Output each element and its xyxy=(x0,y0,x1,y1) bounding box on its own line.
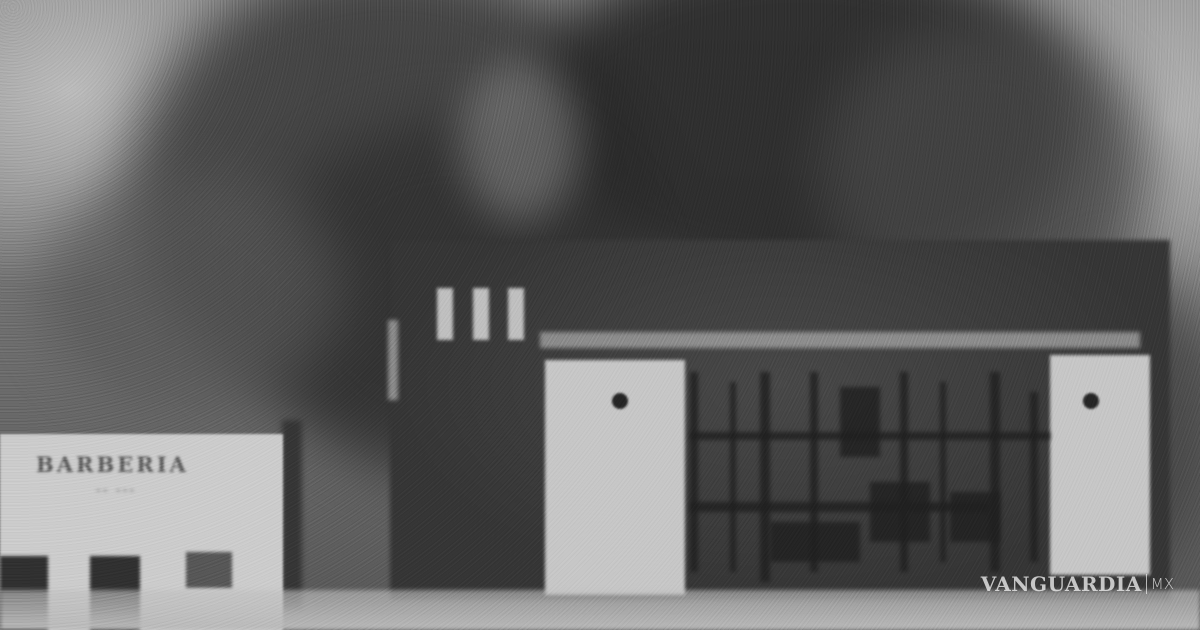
charred-beam xyxy=(760,372,770,582)
charred-beam xyxy=(870,482,930,542)
facade-panel-right xyxy=(1050,355,1150,575)
facade-ornament xyxy=(612,393,628,409)
charred-beam xyxy=(900,372,908,572)
watermark-tld: MX xyxy=(1151,575,1174,593)
charred-facade-frame xyxy=(690,372,1050,582)
charred-beam xyxy=(840,387,880,457)
facade-ornament xyxy=(1083,393,1099,409)
upper-window xyxy=(437,288,453,340)
wall-shadow xyxy=(282,420,302,610)
barbershop-subsign: -- --- xyxy=(96,482,136,498)
watermark-divider xyxy=(1146,574,1147,594)
smoke-cloud xyxy=(40,170,340,410)
charred-beam xyxy=(690,432,1050,440)
window xyxy=(186,552,232,588)
charred-beam xyxy=(690,502,990,512)
charred-beam xyxy=(940,382,946,562)
street xyxy=(0,590,1200,630)
barbershop-sign: BARBERIA xyxy=(36,452,189,477)
watermark: VANGUARDIA MX xyxy=(981,572,1174,596)
charred-beam xyxy=(1030,392,1038,562)
facade-cornice xyxy=(540,332,1140,348)
upper-window xyxy=(508,288,524,340)
charred-beam xyxy=(730,382,736,572)
charred-beam xyxy=(690,372,698,572)
charred-beam xyxy=(990,372,1000,572)
charred-beam xyxy=(770,522,860,562)
historic-fire-photo: BARBERIA -- --- VANGUARDIA MX xyxy=(0,0,1200,630)
watermark-brand: VANGUARDIA xyxy=(981,572,1142,596)
upper-window xyxy=(473,288,489,340)
pole xyxy=(388,320,398,400)
smoke-highlight xyxy=(460,60,580,220)
charred-beam xyxy=(950,492,1000,542)
